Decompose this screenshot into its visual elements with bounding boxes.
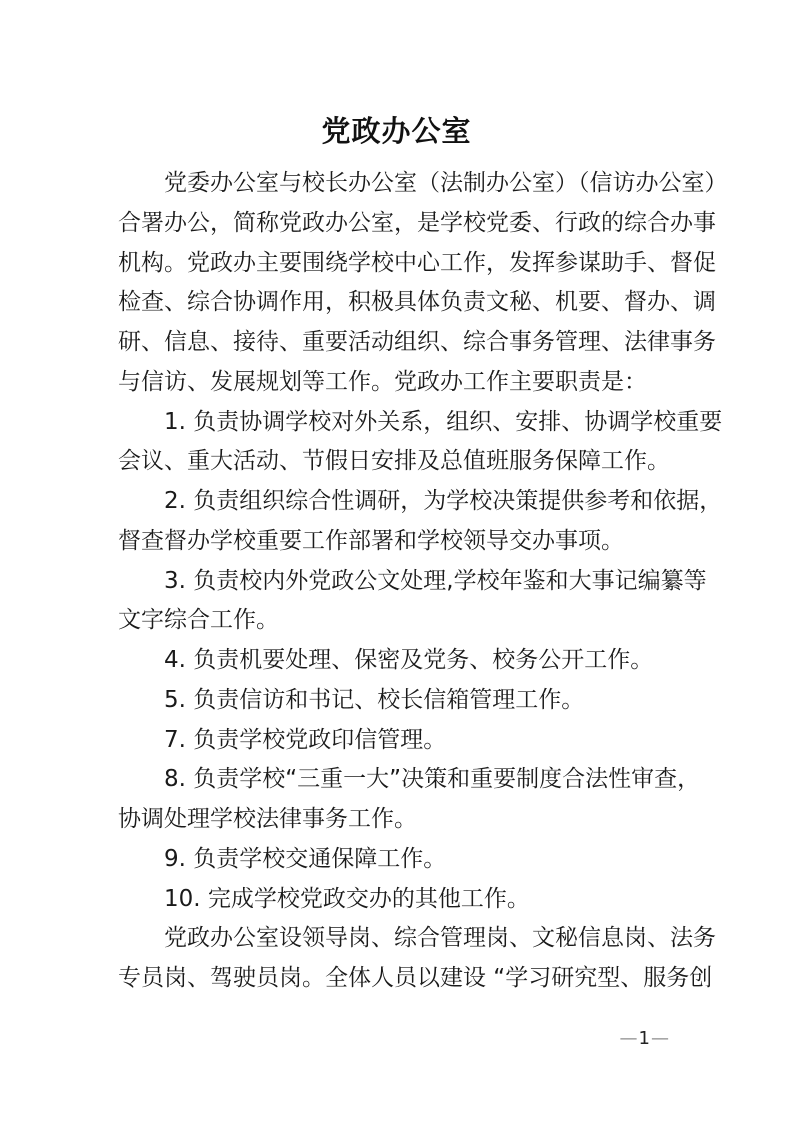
page-number-value: 1 (638, 1028, 651, 1049)
text-line: 与信访、发展规划等工作。党政办工作主要职责是： (118, 363, 675, 403)
document-page: 党政办公室 党委办公室与校长办公室（法制办公室）（信访办公室） 合署办公，简称党… (0, 0, 794, 1122)
text-line: 检查、综合协调作用，积极具体负责文秘、机要、督办、调 (118, 283, 675, 323)
text-line: 9. 负责学校交通保障工作。 (118, 840, 675, 880)
page-number: —1— (118, 1026, 675, 1052)
text-line: 文字综合工作。 (118, 601, 675, 641)
text-line: 研、信息、接待、重要活动组织、综合事务管理、法律事务 (118, 323, 675, 363)
text-line: 1. 负责协调学校对外关系，组织、安排、协调学校重要 (118, 403, 675, 443)
document-body: 党委办公室与校长办公室（法制办公室）（信访办公室） 合署办公，简称党政办公室，是… (118, 164, 675, 999)
text-line: 7. 负责学校党政印信管理。 (118, 721, 675, 761)
text-line: 督查督办学校重要工作部署和学校领导交办事项。 (118, 522, 675, 562)
text-line: 4. 负责机要处理、保密及党务、校务公开工作。 (118, 641, 675, 681)
text-line: 协调处理学校法律事务工作。 (118, 800, 675, 840)
text-line: 会议、重大活动、节假日安排及总值班服务保障工作。 (118, 442, 675, 482)
text-line: 专员岗、驾驶员岗。全体人员以建设 “学习研究型、服务创 (118, 959, 675, 999)
text-line: 机构。党政办主要围绕学校中心工作，发挥参谋助手、督促 (118, 244, 675, 284)
text-line: 3. 负责校内外党政公文处理,学校年鉴和大事记编纂等 (118, 562, 675, 602)
text-line: 党委办公室与校长办公室（法制办公室）（信访办公室） (118, 164, 675, 204)
text-line: 5. 负责信访和书记、校长信箱管理工作。 (118, 681, 675, 721)
text-line: 8. 负责学校“三重一大”决策和重要制度合法性审查， (118, 760, 675, 800)
page-number-dash-right: — (651, 1028, 669, 1049)
text-line: 2. 负责组织综合性调研，为学校决策提供参考和依据， (118, 482, 675, 522)
page-title: 党政办公室 (118, 110, 675, 152)
text-line: 合署办公，简称党政办公室，是学校党委、行政的综合办事 (118, 204, 675, 244)
text-line: 党政办公室设领导岗、综合管理岗、文秘信息岗、法务 (118, 919, 675, 959)
page-number-dash-left: — (620, 1028, 638, 1049)
text-line: 10. 完成学校党政交办的其他工作。 (118, 880, 675, 920)
